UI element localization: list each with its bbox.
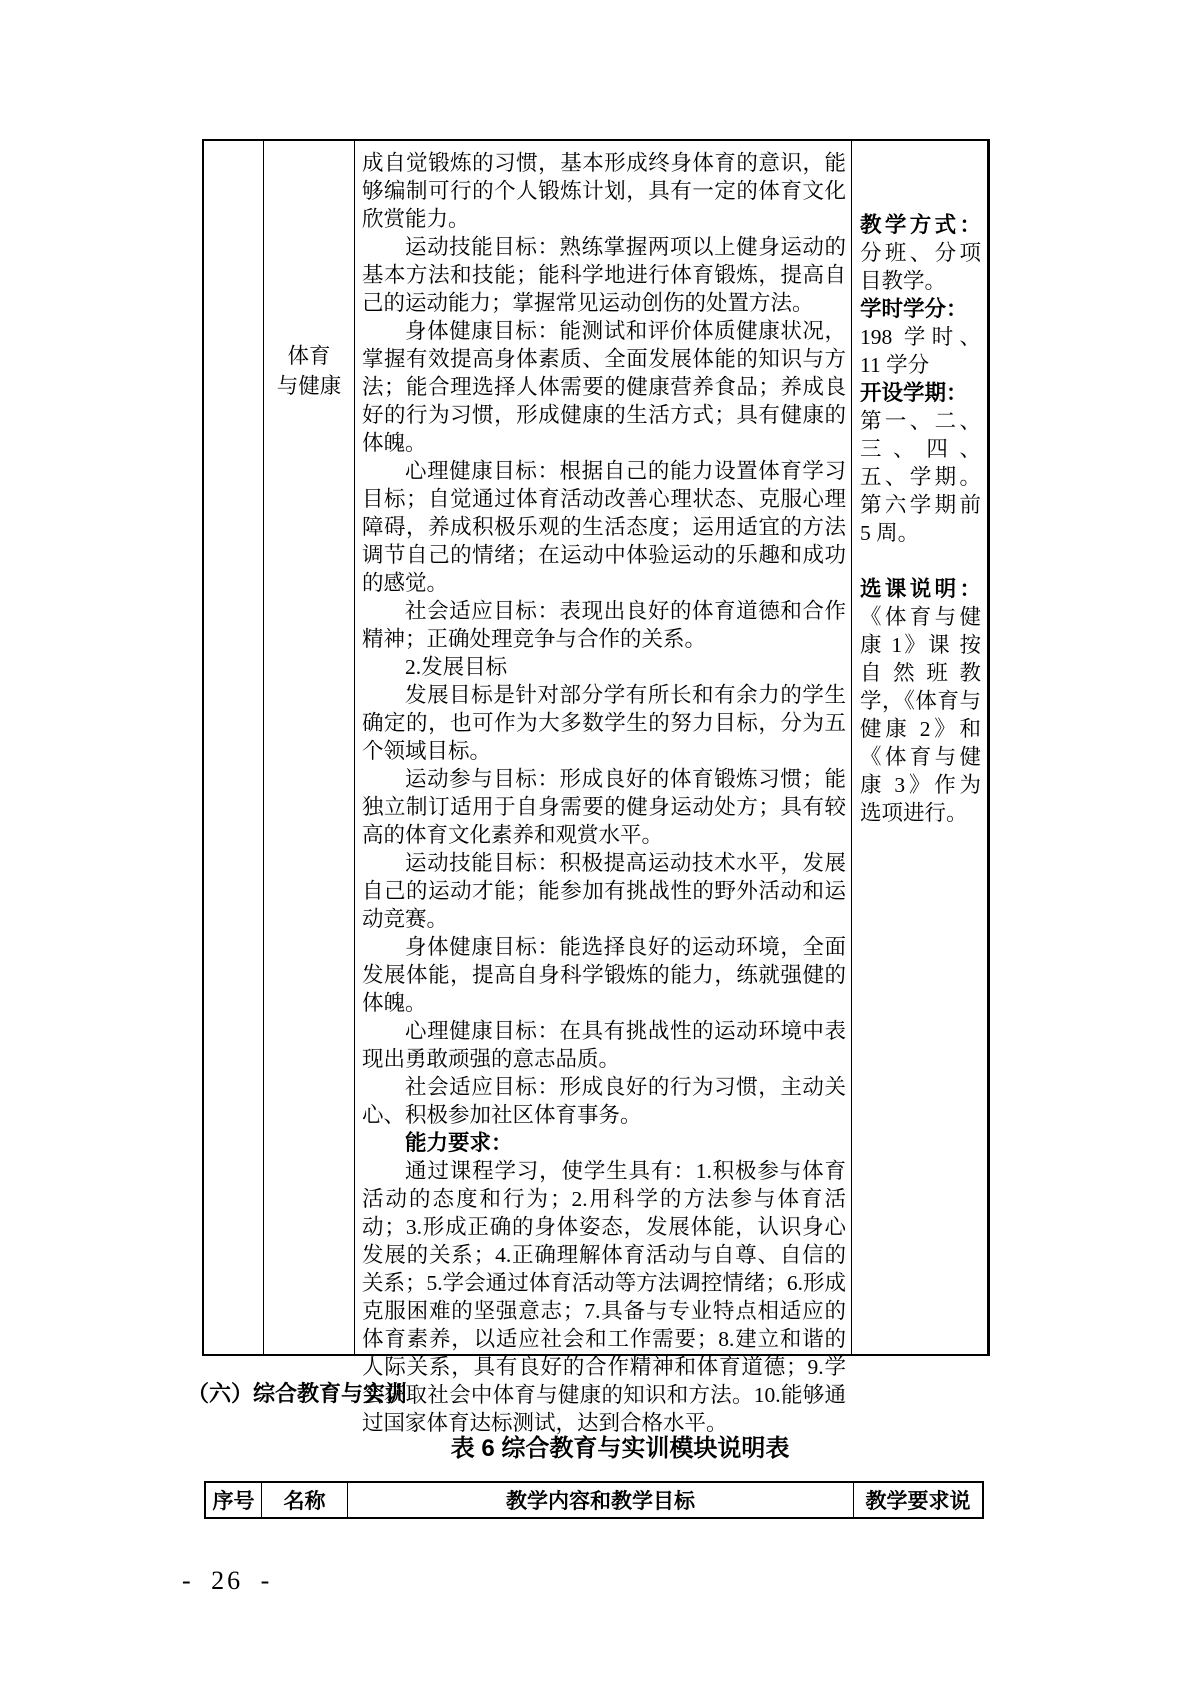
content-paragraph: 心理健康目标：根据自己的能力设置体育学习目标；自觉通过体育活动改善心理状态、克服… — [362, 457, 846, 597]
note-text: 分班、分项目教学。 — [860, 241, 981, 293]
table-caption: 表 6 综合教育与实训模块说明表 — [202, 1434, 990, 1464]
content-paragraph: 通过课程学习，使学生具有：1.积极参与体育活动的态度和行为；2.用科学的方法参与… — [362, 1157, 846, 1437]
content-paragraph: 社会适应目标：表现出良好的体育道德和合作精神；正确处理竞争与合作的关系。 — [362, 597, 846, 653]
content-paragraph: 运动技能目标：熟练掌握两项以上健身运动的基本方法和技能；能科学地进行体育锻炼，提… — [362, 233, 846, 317]
content-paragraph: 社会适应目标：形成良好的行为习惯，主动关心、积极参加社区体育事务。 — [362, 1073, 846, 1129]
content-paragraph: 能力要求： — [362, 1129, 846, 1157]
table-header-cell: 教学要求说 — [854, 1483, 982, 1517]
note-label: 选课说明： — [860, 577, 981, 601]
note-block: 教学方式：分班、分项目教学。 — [860, 211, 981, 295]
course-module-table: 体育 与健康 成自觉锻炼的习惯，基本形成终身体育的意识，能够编制可行的个人锻炼计… — [202, 139, 990, 1356]
module-description-table-header: 序号 名称 教学内容和教学目标 教学要求说 — [204, 1481, 984, 1519]
note-text: 第一、二、三、四、五、学期。第六学期前 5 周。 — [860, 409, 981, 545]
content-paragraph: 身体健康目标：能测试和评价体质健康状况，掌握有效提高身体素质、全面发展体能的知识… — [362, 317, 846, 457]
content-paragraph: 运动技能目标：积极提高运动技术水平，发展自己的运动才能；能参加有挑战性的野外活动… — [362, 849, 846, 933]
note-text: 《体育与健康 1》课 按自然班教学，《体育与健康 2》和《体育与健康 3》作为选… — [860, 605, 981, 825]
content-paragraph: 身体健康目标：能选择良好的运动环境，全面发展体能，提高自身科学锻炼的能力，练就强… — [362, 933, 846, 1017]
table-header-cell: 教学内容和教学目标 — [348, 1483, 854, 1517]
page-number: - 26 - — [182, 1566, 272, 1596]
course-name-line: 与健康 — [264, 371, 354, 401]
content-paragraph: 运动参与目标：形成良好的体育锻炼习惯；能独立制订适用于自身需要的健身运动处方；具… — [362, 765, 846, 849]
note-label: 学时学分： — [860, 295, 981, 323]
table-header-cell: 名称 — [262, 1483, 348, 1517]
note-block: 选课说明：《体育与健康 1》课 按自然班教学，《体育与健康 2》和《体育与健康 … — [860, 575, 981, 827]
course-content-cell: 成自觉锻炼的习惯，基本形成终身体育的意识，能够编制可行的个人锻炼计划，具有一定的… — [355, 141, 852, 1354]
document-page: { "page": { "section_heading": "（六）综合教育与… — [0, 0, 1191, 1684]
table-header-cell: 序号 — [206, 1483, 262, 1517]
course-name-cell: 体育 与健康 — [264, 141, 355, 1354]
sequence-cell-empty — [204, 141, 264, 1354]
content-paragraph: 成自觉锻炼的习惯，基本形成终身体育的意识，能够编制可行的个人锻炼计划，具有一定的… — [362, 149, 846, 233]
course-name-line: 体育 — [264, 341, 354, 371]
note-block: 学时学分：198 学时、11 学分 — [860, 295, 981, 379]
note-text: 198 学时、11 学分 — [860, 325, 981, 377]
note-label: 教学方式： — [860, 213, 981, 237]
content-paragraph: 心理健康目标：在具有挑战性的运动环境中表现出勇敢顽强的意志品质。 — [362, 1017, 846, 1073]
note-block: 开设学期：第一、二、三、四、五、学期。第六学期前 5 周。 — [860, 379, 981, 547]
content-paragraph: 2.发展目标 — [362, 653, 846, 681]
content-paragraph: 发展目标是针对部分学有所长和有余力的学生确定的，也可作为大多数学生的努力目标，分… — [362, 681, 846, 765]
note-label: 开设学期： — [860, 379, 981, 407]
teaching-notes-cell: 教学方式：分班、分项目教学。 学时学分：198 学时、11 学分 开设学期：第一… — [852, 141, 988, 1354]
section-heading: （六）综合教育与实训 — [187, 1380, 407, 1408]
